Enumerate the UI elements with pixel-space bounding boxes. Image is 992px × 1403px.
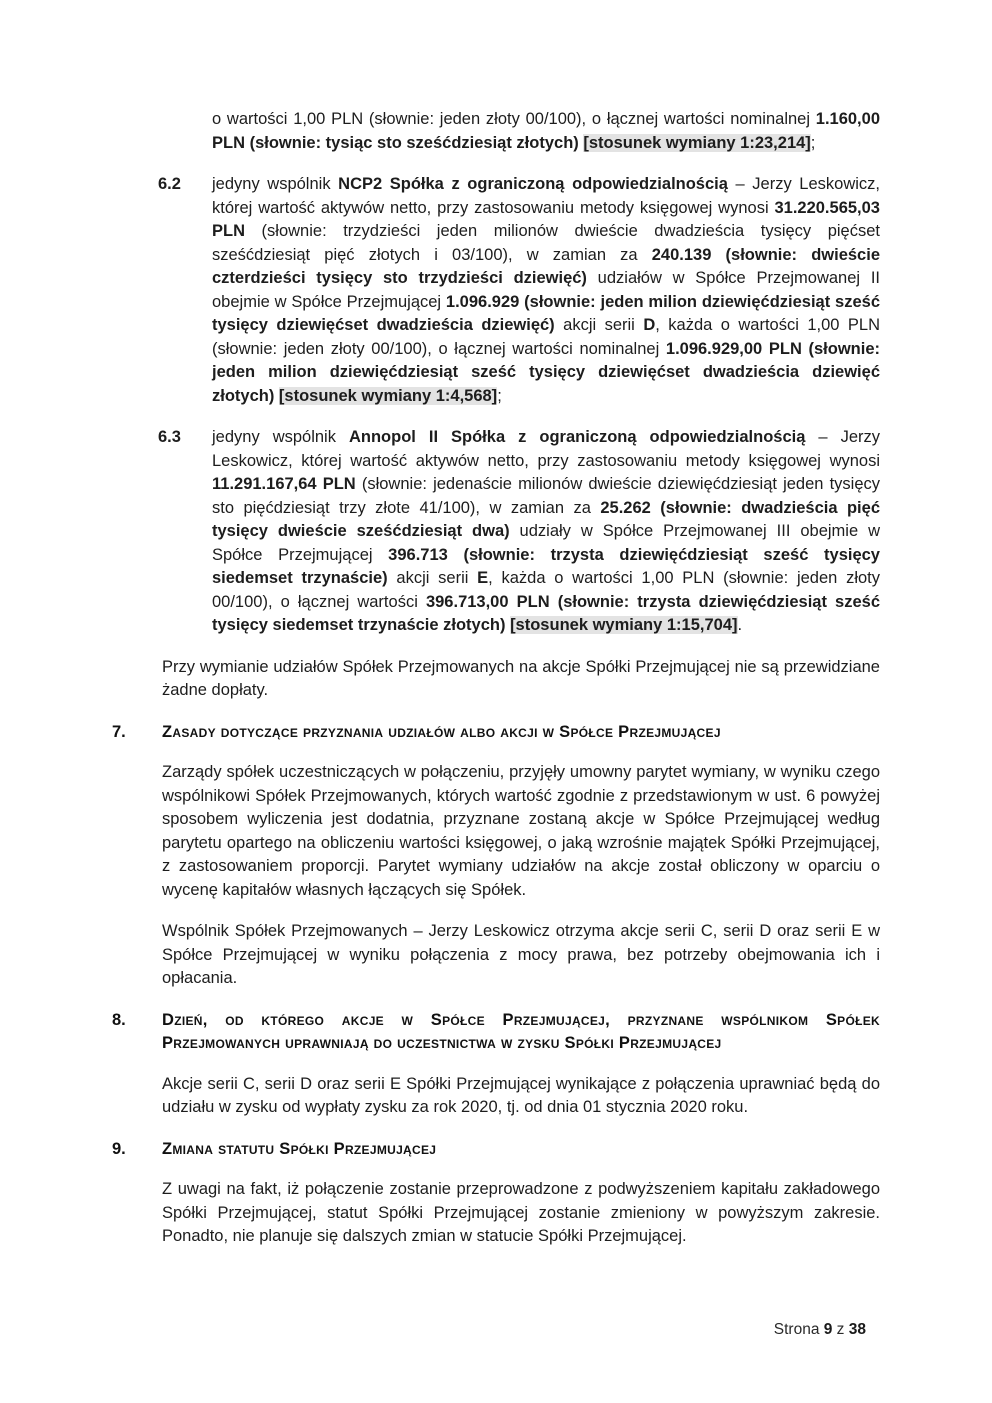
paragraph: Zarządy spółek uczestniczących w połącze… [162,761,880,902]
footer-label: Strona [774,1321,824,1338]
text-run: Przy wymianie udziałów Spółek Przejmowan… [162,658,880,700]
text-run: ; [497,387,502,405]
paragraph: Z uwagi na fakt, iż połączenie zostanie … [162,1178,880,1249]
section-number: 7. [112,721,162,745]
exchange-ratio-highlight: [stosunek wymiany 1:23,214] [583,134,810,152]
section-heading: 7.Zasady dotyczące przyznania udziałów a… [112,721,880,745]
page-footer: Strona 9 z 38 [774,1320,866,1340]
section-heading-text: Zmiana statutu Spółki Przejmującej [162,1138,880,1162]
footer-separator: z [832,1321,848,1338]
text-run: D [643,316,655,334]
text-run: Annopol II Spółka z ograniczoną odpowied… [349,428,805,446]
item-number: 6.3 [158,426,212,638]
text-run: NCP2 Spółka z ograniczoną odpowiedzialno… [338,175,728,193]
exchange-ratio-highlight: [stosunek wymiany 1:4,568] [279,387,497,405]
document-body: o wartości 1,00 PLN (słownie: jeden złot… [112,108,880,1267]
paragraph: Akcje serii C, serii D oraz serii E Spół… [162,1073,880,1120]
continuation-paragraph: o wartości 1,00 PLN (słownie: jeden złot… [212,108,880,155]
text-run: . [738,616,743,634]
item-number: 6.2 [158,173,212,408]
text-run: jedyny wspólnik [212,428,349,446]
text-run: Z uwagi na fakt, iż połączenie zostanie … [162,1180,880,1245]
text-run: 11.291.167,64 PLN [212,475,356,493]
item-text: jedyny wspólnik Annopol II Spółka z ogra… [212,426,880,638]
item-text: jedyny wspólnik NCP2 Spółka z ograniczon… [212,173,880,408]
footer-total-pages: 38 [849,1321,866,1338]
paragraph: Wspólnik Spółek Przejmowanych – Jerzy Le… [162,920,880,991]
numbered-item: 6.2jedyny wspólnik NCP2 Spółka z ogranic… [112,173,880,408]
section-heading: 8.Dzień, od którego akcje w Spółce Przej… [112,1009,880,1056]
section-heading-text: Zasady dotyczące przyznania udziałów alb… [162,721,880,745]
numbered-item: 6.3jedyny wspólnik Annopol II Spółka z o… [112,426,880,638]
section-heading: 9.Zmiana statutu Spółki Przejmującej [112,1138,880,1162]
text-run: o wartości 1,00 PLN (słownie: jeden złot… [212,110,816,128]
paragraph: Przy wymianie udziałów Spółek Przejmowan… [162,656,880,703]
text-run: E [477,569,488,587]
section-number: 9. [112,1138,162,1162]
section-heading-text: Dzień, od którego akcje w Spółce Przejmu… [162,1009,880,1056]
text-run: Akcje serii C, serii D oraz serii E Spół… [162,1075,880,1117]
text-run: akcji serii [388,569,477,587]
text-run: jedyny wspólnik [212,175,338,193]
text-run: akcji serii [555,316,644,334]
text-run: ; [811,134,816,152]
text-run: Wspólnik Spółek Przejmowanych – Jerzy Le… [162,922,880,987]
text-run: Zarządy spółek uczestniczących w połącze… [162,763,880,899]
document-page: o wartości 1,00 PLN (słownie: jeden złot… [0,0,992,1403]
section-number: 8. [112,1009,162,1056]
exchange-ratio-highlight: [stosunek wymiany 1:15,704] [510,616,737,634]
